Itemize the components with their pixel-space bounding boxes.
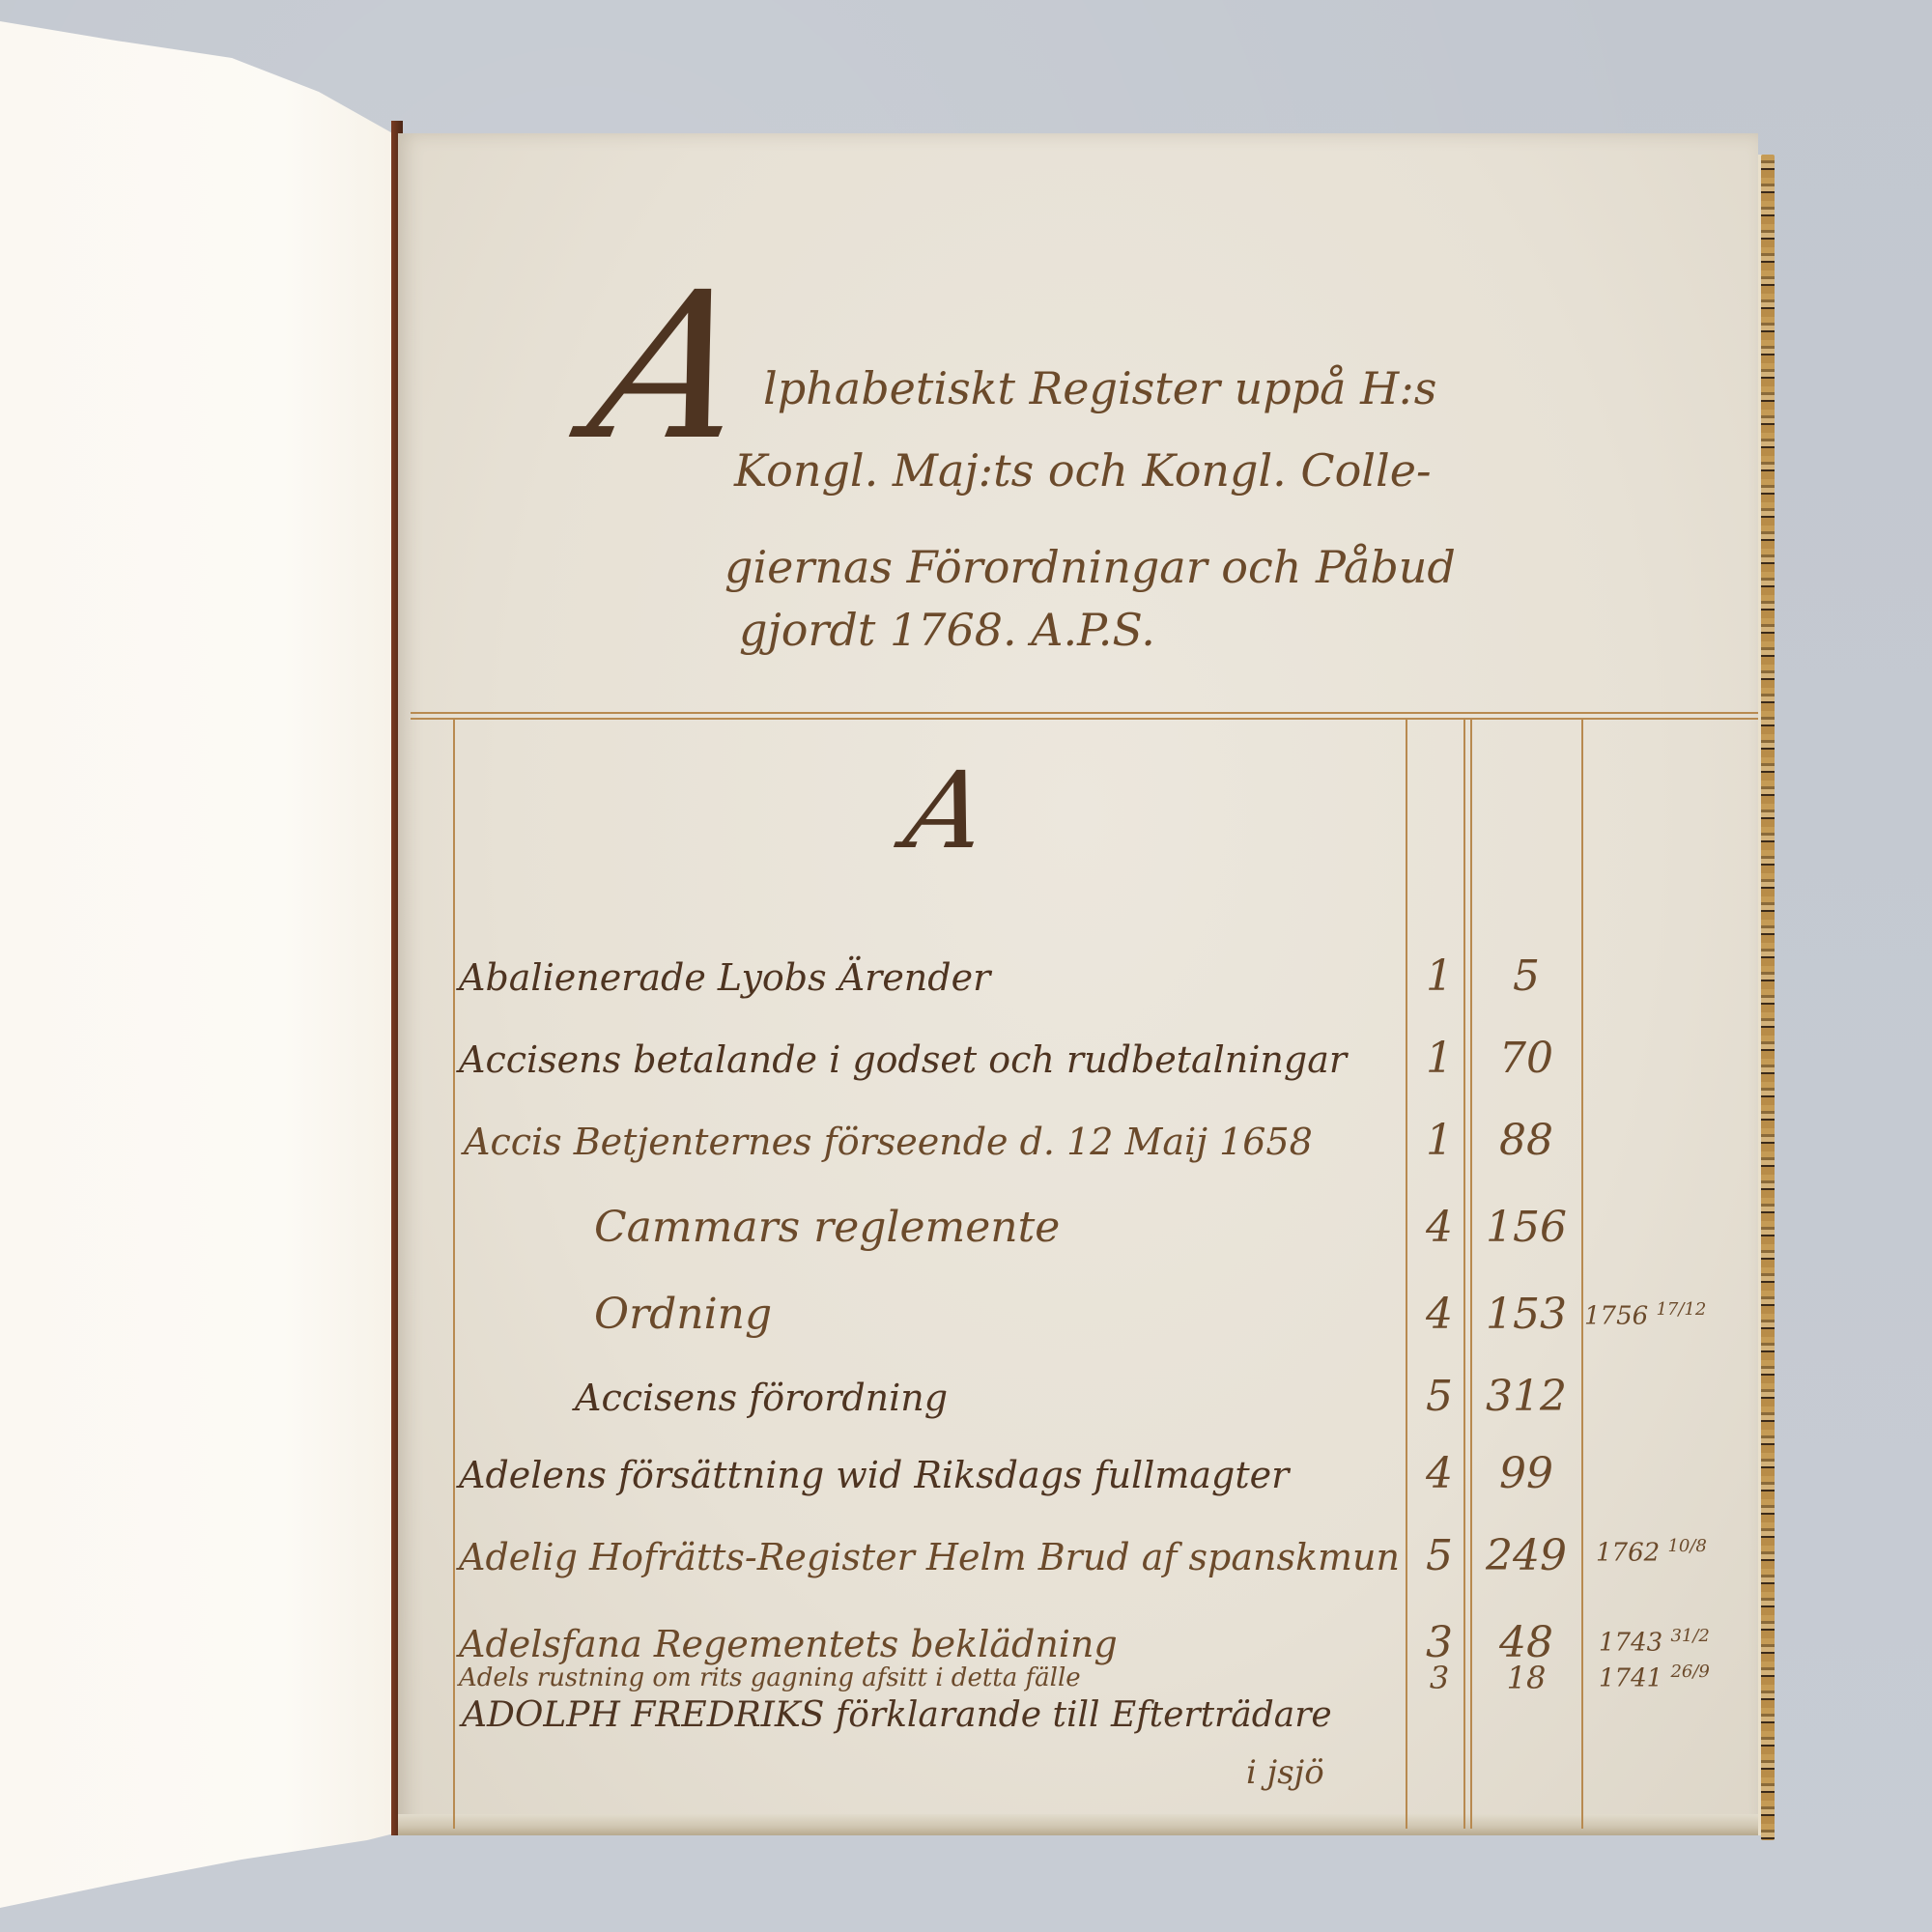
title-line-2: Kongl. Maj:ts och Kongl. Colle- <box>734 444 1432 497</box>
date-column-rule <box>1581 718 1583 1829</box>
entry-volume: 5 <box>1420 1372 1459 1421</box>
entry-text-continuation: i jsjö <box>1246 1753 1324 1792</box>
title-line-1: lphabetiskt Register uppå H:s <box>763 362 1436 414</box>
entry-page: 18 <box>1478 1660 1575 1696</box>
entry-date: 1756 17/12 <box>1584 1299 1706 1331</box>
entry-volume: 1 <box>1420 1116 1459 1165</box>
page-bottom-edge <box>398 1814 1758 1835</box>
title-line-3: giernas Förordningar och Påbud <box>724 541 1456 593</box>
header-rule-bottom <box>411 718 1758 720</box>
entry-volume: 4 <box>1420 1449 1459 1498</box>
entry-date: 1762 10/8 <box>1596 1536 1707 1568</box>
entry-text: ADOLPH FREDRIKS förklarande till Eftertr… <box>462 1695 1332 1735</box>
entry-date: 1743 31/2 <box>1599 1626 1710 1658</box>
entry-text: Accisens betalande i godset och rudbetal… <box>459 1038 1347 1081</box>
entry-volume: 4 <box>1420 1290 1459 1339</box>
margin-rule <box>453 718 455 1829</box>
title-line-4: gjordt 1768. A.P.S. <box>739 604 1155 656</box>
entry-page: 312 <box>1478 1372 1575 1421</box>
entry-volume: 1 <box>1420 1034 1459 1083</box>
entry-text: Ordning <box>594 1290 772 1339</box>
entry-text: Accisens förordning <box>575 1377 948 1419</box>
entry-text: Adels rustning om rits gagning afsitt i … <box>459 1663 1081 1692</box>
entry-text: Accis Betjenternes förseende d. 12 Maij … <box>464 1121 1313 1163</box>
entry-page: 156 <box>1478 1203 1575 1252</box>
entry-text: Adelsfana Regementets beklädning <box>459 1623 1118 1665</box>
entry-page: 153 <box>1478 1290 1575 1339</box>
entry-page: 249 <box>1478 1531 1575 1580</box>
page-column-rule-a <box>1463 718 1465 1829</box>
sprinkled-page-edge <box>1761 155 1775 1840</box>
entry-text: Abalienerade Lyobs Ärender <box>459 956 990 999</box>
page-column-rule-b <box>1470 718 1472 1829</box>
entry-volume: 3 <box>1420 1660 1459 1696</box>
entry-page: 99 <box>1478 1449 1575 1498</box>
entry-date: 1741 26/9 <box>1599 1662 1710 1693</box>
volume-column-rule <box>1406 718 1407 1829</box>
entry-text: Adelens försättning wid Riksdags fullmag… <box>459 1454 1289 1496</box>
header-rule-top <box>411 712 1758 714</box>
entry-volume: 4 <box>1420 1203 1459 1252</box>
entry-page: 70 <box>1478 1034 1575 1083</box>
left-blank-page <box>0 0 406 1932</box>
entry-page: 5 <box>1478 952 1575 1001</box>
entry-page: 88 <box>1478 1116 1575 1165</box>
entry-volume: 5 <box>1420 1531 1459 1580</box>
entry-text: Cammars reglemente <box>594 1203 1060 1252</box>
entry-volume: 1 <box>1420 952 1459 1001</box>
entry-text: Adelig Hofrätts-Register Helm Brud af sp… <box>459 1536 1400 1578</box>
